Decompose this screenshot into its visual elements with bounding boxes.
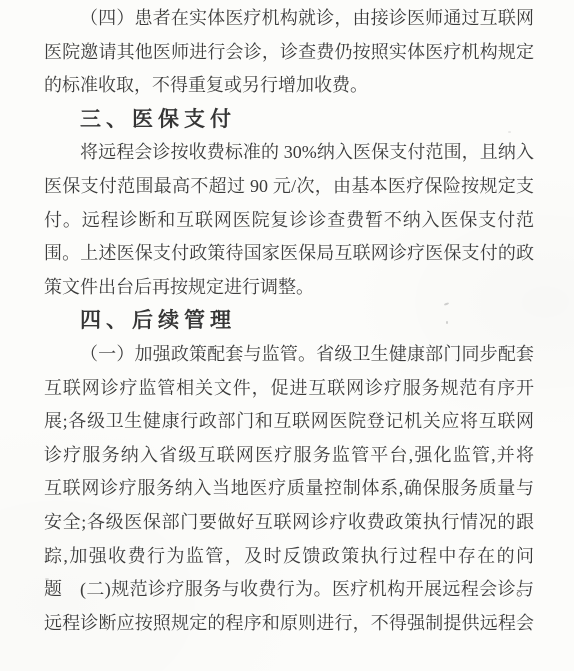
text-line: 远程诊断应按照规定的程序和原则进行，不得强制提供远程会 [44,607,534,641]
text-line: （四）患者在实体医疗机构就诊，由接诊医师通过互联网 [44,2,534,36]
scan-artifact [508,131,511,133]
text-line: 的标准收取，不得重复或另行增加收费。 [44,69,534,103]
text-line: 互联网诊疗监管相关文件，促进互联网诊疗服务规范有序开 [44,372,534,406]
text-line: 策文件出台后再按规定进行调整。 [44,271,534,305]
text-line: 互联网诊疗服务纳入当地医疗质量控制体系,确保服务质量与 [44,472,534,506]
text-line: 将远程会诊按收费标准的 30%纳入医保支付范围，且纳入 [44,136,534,170]
section-heading-follow-up-management: 四、后续管理 [44,304,534,338]
text-line: 围。上述医保支付政策待国家医保局互联网诊疗医保支付的政 [44,237,534,271]
text-line: 付。远程诊断和互联网医院复诊诊查费暂不纳入医保支付范 [44,204,534,238]
document-page: （四）患者在实体医疗机构就诊，由接诊医师通过互联网 医院邀请其他医师进行会诊，诊… [0,0,574,671]
document-text-column: （四）患者在实体医疗机构就诊，由接诊医师通过互联网 医院邀请其他医师进行会诊，诊… [44,2,534,640]
text-line: (二)规范诊疗服务与收费行为。医疗机构开展远程会诊与 [44,573,534,607]
text-line: 诊疗服务纳入省级互联网医疗服务监管平台,强化监管,并将 [44,439,534,473]
text-line: 踪,加强收费行为监管，及时反馈政策执行过程中存在的问题。 [44,540,534,574]
text-line: 医保支付范围最高不超过 90 元/次，由基本医疗保险按规定支 [44,170,534,204]
section-heading-medical-insurance-payment: 三、医保支付 [44,103,534,137]
text-line: 医院邀请其他医师进行会诊，诊查费仍按照实体医疗机构规定 [44,36,534,70]
text-line: （一）加强政策配套与监管。省级卫生健康部门同步配套 [44,338,534,372]
text-line: 展;各级卫生健康行政部门和互联网医院登记机关应将互联网 [44,405,534,439]
text-line: 安全;各级医保部门要做好互联网诊疗收费政策执行情况的跟 [44,506,534,540]
scan-artifact [446,321,448,324]
scan-artifact [45,578,49,580]
